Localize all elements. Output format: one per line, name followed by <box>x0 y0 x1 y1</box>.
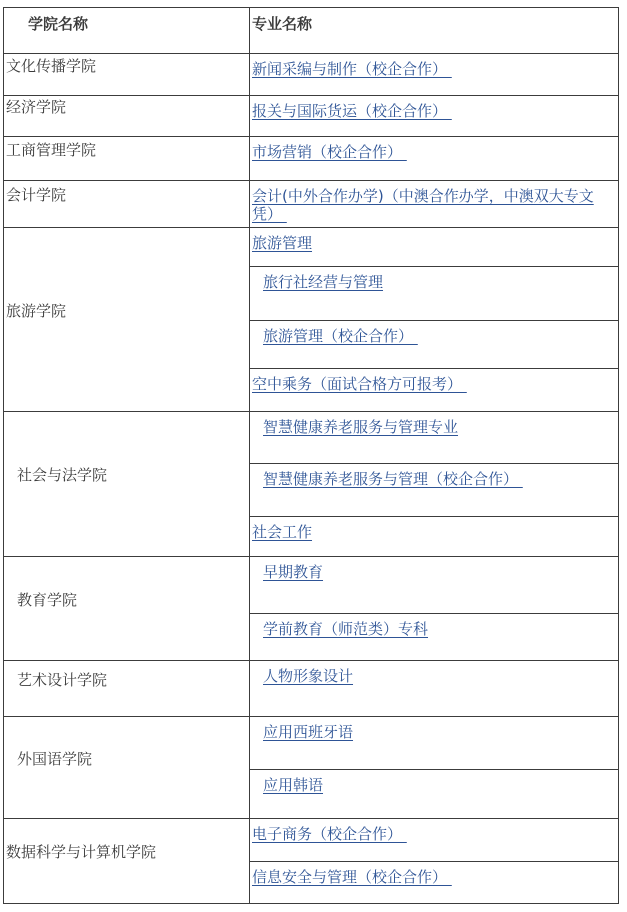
major-cell: 信息安全与管理（校企合作） <box>250 862 619 904</box>
major-cell: 人物形象设计 <box>250 661 619 717</box>
table-row: 社会与法学院智慧健康养老服务与管理专业 <box>4 412 619 464</box>
major-link[interactable]: 会计(中外合作办学)（中澳合作办学，中澳双大专文凭） <box>252 187 594 223</box>
major-link[interactable]: 人物形象设计 <box>263 667 353 685</box>
major-link[interactable]: 新闻采编与制作（校企合作） <box>252 60 452 78</box>
major-link[interactable]: 信息安全与管理（校企合作） <box>252 868 452 886</box>
major-link[interactable]: 报关与国际货运（校企合作） <box>252 102 452 120</box>
major-link[interactable]: 空中乘务（面试合格方可报考） <box>252 375 467 393</box>
major-cell: 旅游管理（校企合作） <box>250 321 619 369</box>
major-link[interactable]: 旅行社经营与管理 <box>263 273 383 291</box>
major-cell: 旅游管理 <box>250 228 619 267</box>
major-link[interactable]: 智慧健康养老服务与管理（校企合作） <box>263 470 523 488</box>
major-link[interactable]: 市场营销（校企合作） <box>252 143 407 161</box>
major-cell: 应用韩语 <box>250 770 619 819</box>
major-cell: 电子商务（校企合作） <box>250 819 619 862</box>
college-cell: 数据科学与计算机学院 <box>4 819 250 904</box>
major-cell: 智慧健康养老服务与管理（校企合作） <box>250 464 619 517</box>
major-cell: 应用西班牙语 <box>250 717 619 770</box>
college-cell: 教育学院 <box>4 557 250 661</box>
table-row: 会计学院会计(中外合作办学)（中澳合作办学，中澳双大专文凭） <box>4 181 619 228</box>
major-cell: 学前教育（师范类）专科 <box>250 614 619 661</box>
major-name-header: 专业名称 <box>250 8 619 54</box>
major-cell: 市场营销（校企合作） <box>250 137 619 181</box>
college-name-header: 学院名称 <box>4 8 250 54</box>
table-row: 数据科学与计算机学院电子商务（校企合作） <box>4 819 619 862</box>
major-cell: 新闻采编与制作（校企合作） <box>250 54 619 96</box>
major-link[interactable]: 社会工作 <box>252 523 312 541</box>
college-cell: 工商管理学院 <box>4 137 250 181</box>
college-cell: 社会与法学院 <box>4 412 250 557</box>
major-link[interactable]: 电子商务（校企合作） <box>252 825 407 843</box>
major-cell: 会计(中外合作办学)（中澳合作办学，中澳双大专文凭） <box>250 181 619 228</box>
college-cell: 文化传播学院 <box>4 54 250 96</box>
major-link[interactable]: 学前教育（师范类）专科 <box>263 620 428 638</box>
table-row: 旅游学院旅游管理 <box>4 228 619 267</box>
colleges-majors-table: 学院名称 专业名称 文化传播学院新闻采编与制作（校企合作） 经济学院报关与国际货… <box>3 7 619 904</box>
table-row: 工商管理学院市场营销（校企合作） <box>4 137 619 181</box>
college-cell: 会计学院 <box>4 181 250 228</box>
major-link[interactable]: 旅游管理 <box>252 234 312 252</box>
table-row: 经济学院报关与国际货运（校企合作） <box>4 96 619 137</box>
college-cell: 艺术设计学院 <box>4 661 250 717</box>
page: 学院名称 专业名称 文化传播学院新闻采编与制作（校企合作） 经济学院报关与国际货… <box>0 0 627 912</box>
table-row: 艺术设计学院人物形象设计 <box>4 661 619 717</box>
table-row: 教育学院早期教育 <box>4 557 619 614</box>
major-link[interactable]: 智慧健康养老服务与管理专业 <box>263 418 458 436</box>
major-cell: 旅行社经营与管理 <box>250 267 619 321</box>
major-link[interactable]: 应用西班牙语 <box>263 723 353 741</box>
major-cell: 智慧健康养老服务与管理专业 <box>250 412 619 464</box>
college-cell: 经济学院 <box>4 96 250 137</box>
college-cell: 外国语学院 <box>4 717 250 819</box>
table-row: 外国语学院应用西班牙语 <box>4 717 619 770</box>
major-link[interactable]: 旅游管理（校企合作） <box>263 327 418 345</box>
major-cell: 早期教育 <box>250 557 619 614</box>
major-cell: 社会工作 <box>250 517 619 557</box>
major-cell: 空中乘务（面试合格方可报考） <box>250 369 619 412</box>
major-cell: 报关与国际货运（校企合作） <box>250 96 619 137</box>
college-cell: 旅游学院 <box>4 228 250 412</box>
table-header-row: 学院名称 专业名称 <box>4 8 619 54</box>
table-row: 文化传播学院新闻采编与制作（校企合作） <box>4 54 619 96</box>
major-link[interactable]: 应用韩语 <box>263 776 323 794</box>
major-link[interactable]: 早期教育 <box>263 563 323 581</box>
